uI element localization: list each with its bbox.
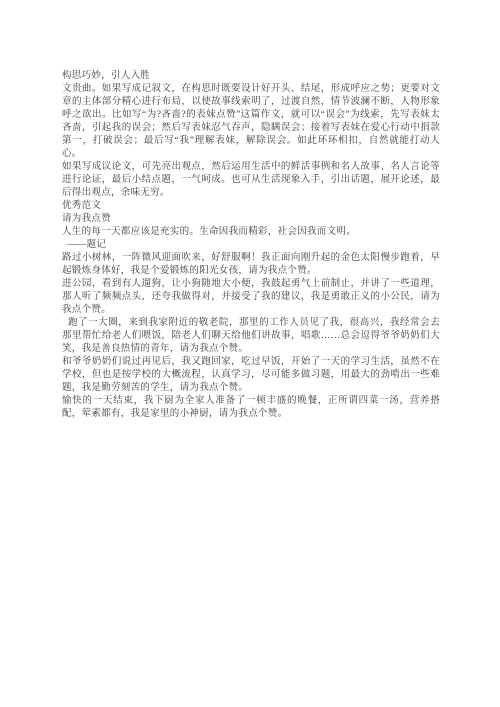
essay-paragraph-study: 和爷爷奶奶们说过再见后，我又跑回家，吃过早饭，开始了一天的学习生活，虽然不在学校…: [62, 356, 440, 395]
paragraph-argument-advice: 如果写成议论文，可先亮出观点，然后运用生活中的鲜活事例和名人故事、名人言论等进行…: [62, 161, 440, 200]
section-heading-model-essay: 优秀范文: [62, 200, 440, 213]
document-page: 构思巧妙，引人入胜 文贵曲。如果写成记叙文，在构思时既要设计好开头、结尾，形成呼…: [0, 0, 500, 707]
section-heading-writing-tip: 构思巧妙，引人入胜: [62, 70, 440, 83]
essay-epigraph-label: ——题记: [62, 239, 440, 252]
essay-paragraph-jogging: 路过小树林，一阵微风迎面吹来，好舒服啊！我正面向刚升起的金色太阳慢步跑着，早起锻…: [62, 252, 440, 278]
essay-paragraph-dinner: 愉快的一天结束，我下厨为全家人准备了一顿丰盛的晚餐，正所谓四菜一汤，营养搭配，荤…: [62, 395, 440, 421]
essay-paragraph-nursing-home: 跑了一大圈，来到我家附近的敬老院，那里的工作人员见了我，很高兴，我经常会去那里帮…: [62, 317, 440, 356]
paragraph-narrative-advice: 文贵曲。如果写成记叙文，在构思时既要设计好开头、结尾，形成呼应之势；更要对文章的…: [62, 83, 440, 161]
essay-title: 请为我点赞: [62, 213, 440, 226]
essay-epigraph: 人生的每一天都应该是充实的。生命因我而精彩，社会因我而文明。: [62, 226, 440, 239]
essay-paragraph-park: 进公园，看到有人遛狗，让小狗随地大小便，我鼓起勇气上前制止，并讲了一些道理，那人…: [62, 278, 440, 317]
